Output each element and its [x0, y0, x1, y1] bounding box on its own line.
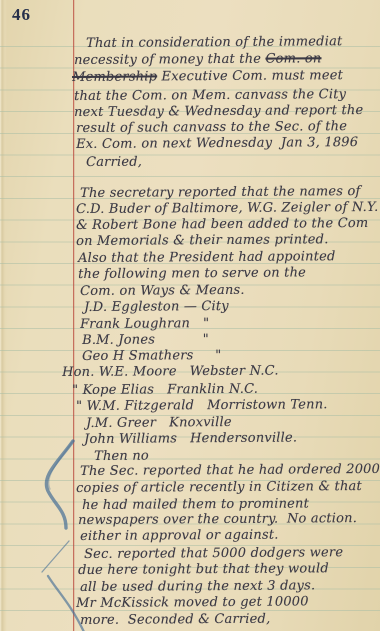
manuscript-line: & Robert Bone had been added to the Com	[76, 216, 368, 233]
manuscript-line: Membership Executive Com. must meet	[72, 68, 343, 85]
handwriting-text: & Robert Bone had been added to the Com	[76, 216, 368, 233]
handwriting-text: B.M. Jones "	[82, 332, 209, 348]
handwriting-text: John Williams Hendersonville.	[84, 431, 297, 447]
handwriting-text: Mr McKissick moved to get 10000	[76, 594, 309, 611]
manuscript-line: next Tuesday & Wednesday and report the	[74, 103, 363, 120]
manuscript-line: Mr McKissick moved to get 10000	[76, 594, 309, 611]
manuscript-line: Com. on Ways & Means.	[80, 283, 245, 299]
handwritten-minutes: That in consideration of the immediatnec…	[0, 0, 380, 631]
handwriting-text: J.D. Eggleston — City	[84, 299, 229, 315]
struck-text: Com. on	[265, 51, 321, 66]
handwriting-text: That in consideration of the immediat	[86, 34, 342, 51]
manuscript-line: Frank Loughran "	[80, 316, 209, 332]
handwriting-text: Ex. Com. on next Wednesday Jan 3, 1896	[76, 135, 358, 152]
manuscript-line: more. Seconded & Carried,	[80, 612, 270, 628]
handwriting-text: either in approval or against.	[80, 528, 279, 544]
manuscript-line: Geo H Smathers "	[82, 348, 221, 364]
manuscript-line: C.D. Buder of Baltimore, W.G. Zeigler of…	[76, 200, 378, 217]
handwriting-text: result of such canvass to the Sec. of th…	[76, 119, 347, 136]
manuscript-line: copies of article recently in Citizen & …	[76, 479, 362, 496]
handwriting-text: Carried,	[86, 155, 142, 170]
manuscript-line: either in approval or against.	[80, 528, 279, 544]
manuscript-line: on Memorials & their names printed.	[76, 232, 329, 249]
handwriting-text: J.M. Greer Knoxville	[86, 415, 232, 431]
handwriting-text: Sec. reported that 5000 dodgers were	[84, 545, 343, 562]
manuscript-line: Carried,	[86, 155, 142, 170]
manuscript-line: all be used during the next 3 days.	[80, 578, 315, 595]
manuscript-line: B.M. Jones "	[82, 332, 209, 348]
handwriting-text: necessity of money that the	[74, 52, 266, 68]
manuscript-line: he had mailed them to prominent	[82, 496, 309, 513]
handwriting-text: The secretary reported that the names of	[80, 184, 361, 201]
manuscript-line: That in consideration of the immediat	[86, 34, 342, 51]
manuscript-line: " Kope Elias Franklin N.C.	[72, 382, 258, 398]
manuscript-line: Also that the President had appointed	[78, 249, 336, 266]
handwriting-text: that the Com. on Mem. canvass the City	[74, 87, 346, 104]
handwriting-text: Frank Loughran "	[80, 316, 209, 332]
handwriting-text: Then no	[94, 449, 149, 464]
manuscript-line: J.M. Greer Knoxville	[86, 415, 232, 431]
handwriting-text: Hon. W.E. Moore Webster N.C.	[62, 363, 279, 380]
handwriting-text: Com. on Ways & Means.	[80, 283, 245, 299]
handwriting-text: Executive Com. must meet	[157, 68, 343, 84]
manuscript-line: the following men to serve on the	[78, 265, 306, 282]
manuscript-line: Sec. reported that 5000 dodgers were	[84, 545, 343, 562]
manuscript-line: The Sec. reported that he had ordered 20…	[80, 462, 380, 479]
manuscript-line: J.D. Eggleston — City	[84, 299, 229, 315]
manuscript-line: Then no	[94, 449, 149, 464]
handwriting-text: copies of article recently in Citizen & …	[76, 479, 362, 496]
manuscript-line: newspapers over the country. No action.	[78, 511, 357, 528]
handwriting-text: " W.M. Fitzgerald Morristown Tenn.	[76, 397, 328, 414]
manuscript-line: that the Com. on Mem. canvass the City	[74, 87, 346, 104]
handwriting-text: " Kope Elias Franklin N.C.	[72, 382, 258, 398]
manuscript-line: Ex. Com. on next Wednesday Jan 3, 1896	[76, 135, 358, 152]
handwriting-text: newspapers over the country. No action.	[78, 511, 357, 528]
handwriting-text: all be used during the next 3 days.	[80, 578, 315, 595]
manuscript-line: " W.M. Fitzgerald Morristown Tenn.	[76, 397, 328, 414]
handwriting-text: due here tonight but that they would	[78, 561, 329, 578]
manuscript-line: necessity of money that the Com. on	[74, 51, 322, 68]
handwriting-text: Also that the President had appointed	[78, 249, 336, 266]
struck-text: Membership	[72, 69, 157, 85]
handwriting-text: on Memorials & their names printed.	[76, 232, 329, 249]
manuscript-line: due here tonight but that they would	[78, 561, 329, 578]
manuscript-line: result of such canvass to the Sec. of th…	[76, 119, 347, 136]
manuscript-line: Hon. W.E. Moore Webster N.C.	[62, 363, 279, 380]
handwriting-text: C.D. Buder of Baltimore, W.G. Zeigler of…	[76, 200, 378, 217]
handwriting-text: more. Seconded & Carried,	[80, 612, 270, 628]
manuscript-line: John Williams Hendersonville.	[84, 431, 297, 447]
manuscript-line: The secretary reported that the names of	[80, 184, 361, 201]
handwriting-text: Geo H Smathers "	[82, 348, 221, 364]
handwriting-text: the following men to serve on the	[78, 265, 306, 282]
handwriting-text: he had mailed them to prominent	[82, 496, 309, 513]
ledger-page: 46 That in consideration of the immediat…	[0, 0, 380, 631]
handwriting-text: next Tuesday & Wednesday and report the	[74, 103, 363, 120]
handwriting-text: The Sec. reported that he had ordered 20…	[80, 462, 380, 479]
